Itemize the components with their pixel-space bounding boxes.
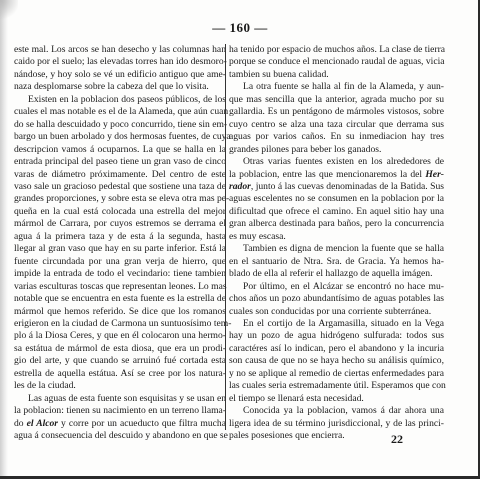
italic-place-name: Her- bbox=[425, 169, 444, 180]
text-line: rador, junto á las cuevas denominadas de… bbox=[229, 181, 444, 193]
text-line: Las aguas de esta fuente son esquisitas … bbox=[14, 393, 226, 405]
italic-place-name: el Alcor bbox=[27, 418, 58, 429]
text-fragment: do bbox=[14, 418, 27, 429]
text-line: en el santuario de Ntra. Sra. de Gracia.… bbox=[229, 256, 444, 268]
text-line: mármol que hemos referido. Se dice que l… bbox=[14, 306, 226, 318]
text-line: el tiempo se llenará esta necesidad. bbox=[229, 393, 444, 405]
text-line: hay un pozo de agua hidrógeno sulfurada:… bbox=[229, 330, 444, 342]
text-line: cuales son conducidas por una corriente … bbox=[229, 306, 444, 318]
page-edge-shadow bbox=[0, 0, 8, 476]
text-line: grandes pilones para beber los ganados. bbox=[229, 144, 444, 156]
text-line: Por último, en el Alcázar se encontró no… bbox=[229, 281, 444, 293]
text-line: porque se conduce el mencionado raudal d… bbox=[229, 56, 444, 68]
text-line: Otras varias fuentes existen en los alre… bbox=[229, 156, 444, 168]
text-line: blado de ella al referir el hallazgo de … bbox=[229, 268, 444, 280]
text-line: entrada principal del paseo tiene un gra… bbox=[14, 156, 226, 168]
text-line: impide la entrada de todo el vecindario:… bbox=[14, 268, 226, 280]
page-number-header: — 160 — bbox=[0, 20, 480, 36]
text-line: Existen en la poblacion dos paseos públi… bbox=[14, 94, 226, 106]
text-line: caido por el suelo; las elevadas torres … bbox=[14, 56, 226, 68]
text-line: dificultad que ofrece el camino. En aque… bbox=[229, 206, 444, 218]
text-fragment: , junto á las cuevas denominadas de la B… bbox=[251, 181, 444, 192]
text-line: les de la ciudad. bbox=[14, 380, 226, 392]
text-line: ha tenido por espacio de muchos años. La… bbox=[229, 44, 444, 56]
text-line: ligera idea de su término jurisdiccional… bbox=[229, 418, 444, 430]
text-line: plo á la Diosa Ceres, y que en él coloca… bbox=[14, 330, 226, 342]
text-line: La otra fuente se halla al fin de la Ala… bbox=[229, 81, 444, 93]
text-line: grandes proporciones, y sobre esta se el… bbox=[14, 193, 226, 205]
text-line: notable que se encuentra en esta fuente … bbox=[14, 293, 226, 305]
text-line: erigieron en la ciudad de Carmona un sun… bbox=[14, 318, 226, 330]
text-line: mármol de Carrara, por cuyos estremos se… bbox=[14, 218, 226, 230]
page-corner-stain bbox=[0, 0, 18, 22]
text-line: bargo un buen arbolado y dos hermosas fu… bbox=[14, 131, 226, 143]
right-text-column: ha tenido por espacio de muchos años. La… bbox=[229, 44, 444, 443]
text-line: fuente circundada por una gran verja de … bbox=[14, 256, 226, 268]
text-line: caractéres así lo indican, pero el aband… bbox=[229, 343, 444, 355]
text-line: es muy escasa. bbox=[229, 231, 444, 243]
text-line: las cuales seria estremadamente útil. Es… bbox=[229, 380, 444, 392]
text-line: Conocida ya la poblacion, vamos á dar ah… bbox=[229, 405, 444, 417]
text-line: cuyo centro se alza una taza circular qu… bbox=[229, 119, 444, 131]
text-line: agua á consecuencia del descuido y aband… bbox=[14, 430, 226, 442]
text-fragment: la poblacion, entre las que mencionaremo… bbox=[229, 169, 425, 180]
text-fragment: y corre por un acueducto que filtra much… bbox=[58, 418, 226, 429]
text-line: pales posesiones que encierra. bbox=[229, 430, 444, 442]
text-line: estrella de aquella estátua. Así se cree… bbox=[14, 368, 226, 380]
text-line: queña en la cual está colocada una estre… bbox=[14, 206, 226, 218]
text-line: varias esculturas toscas que representan… bbox=[14, 281, 226, 293]
text-line: aguas escelentes no se consumen en la po… bbox=[229, 193, 444, 205]
text-line: la poblacion, entre las que mencionaremo… bbox=[229, 169, 444, 181]
text-line: son causa de que no se haya hecho su aná… bbox=[229, 355, 444, 367]
text-line: do se halla descuidado y poco concurrido… bbox=[14, 119, 226, 131]
text-line: do el Alcor y corre por un acueducto que… bbox=[14, 418, 226, 430]
text-line: aguas por varios caños. En su inmediacio… bbox=[229, 131, 444, 143]
text-line: este mal. Los arcos se han desecho y las… bbox=[14, 44, 226, 56]
column-divider bbox=[225, 44, 226, 430]
text-line: descripcion vamos á ocuparnos. La que se… bbox=[14, 144, 226, 156]
text-line: la poblacion: tienen su nacimiento en un… bbox=[14, 405, 226, 417]
text-line: llegar al gran vaso que hay en su parte … bbox=[14, 243, 226, 255]
signature-mark: 22 bbox=[391, 432, 403, 447]
left-text-column: este mal. Los arcos se han desecho y las… bbox=[14, 44, 226, 443]
text-line: chos años un pozo abundantísimo de aguas… bbox=[229, 293, 444, 305]
text-line: tambien su buena calidad. bbox=[229, 69, 444, 81]
scanned-page: — 160 — este mal. Los arcos se han desec… bbox=[0, 0, 480, 479]
text-line: y no se aplique al remedio de ciertas en… bbox=[229, 368, 444, 380]
text-line: naza desplomarse sobre la cabeza del que… bbox=[14, 81, 226, 93]
italic-place-name: rador bbox=[229, 181, 251, 192]
text-line: nándose, y hoy solo se vé un edificio an… bbox=[14, 69, 226, 81]
text-line: cuales el mas notable es el de la Alamed… bbox=[14, 106, 226, 118]
text-line: Tambien es digna de mencion la fuente qu… bbox=[229, 243, 444, 255]
text-line: vaso sale un gracioso pedestal que sosti… bbox=[14, 181, 226, 193]
text-line: sa estátua de mármol de esta diosa, que … bbox=[14, 343, 226, 355]
text-line: gran alberca destinada para baños, pero … bbox=[229, 218, 444, 230]
text-line: gio del arte, y que cuando se arruinó fu… bbox=[14, 355, 226, 367]
text-line: que mas sencilla que la anterior, agrada… bbox=[229, 94, 444, 106]
text-line: gallardia. Es un pentágono de mármoles v… bbox=[229, 106, 444, 118]
text-line: agua á la primera taza y de esta á la se… bbox=[14, 231, 226, 243]
text-line: varas de diámetro próximamente. Del cent… bbox=[14, 169, 226, 181]
text-line: En el cortijo de la Argamasilla, situado… bbox=[229, 318, 444, 330]
